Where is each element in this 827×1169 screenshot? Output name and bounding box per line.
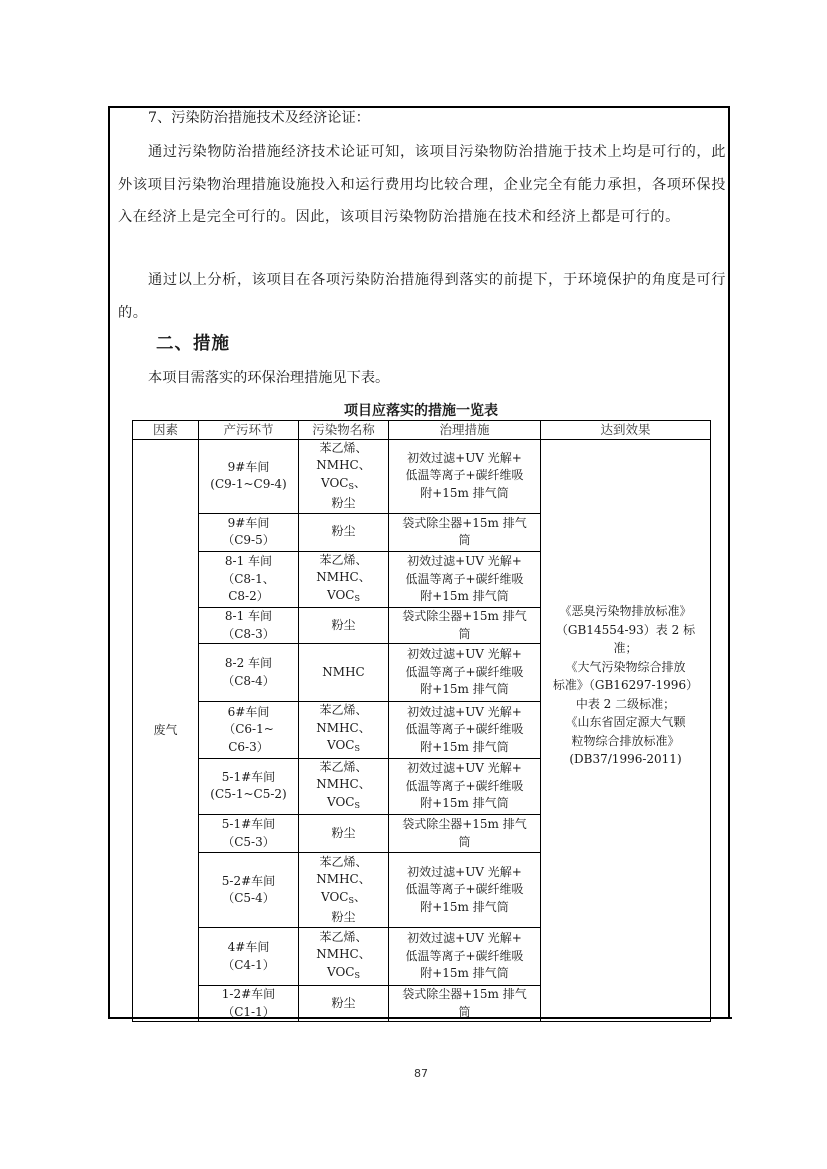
cell-line: NMHC、 xyxy=(301,776,386,794)
page-number: 87 xyxy=(414,1067,428,1080)
section-7-heading: 7、污染防治措施技术及经济论证： xyxy=(148,104,370,132)
cell-line: NMHC xyxy=(301,664,386,682)
cell-line: 低温等离子+碳纤维吸 xyxy=(391,721,538,739)
cell-line: 1-2#车间 xyxy=(201,986,296,1004)
cell-line: 附+15m 排气筒 xyxy=(391,485,538,503)
measure-cell: 初效过滤+UV 光解+低温等离子+碳纤维吸附+15m 排气筒 xyxy=(389,439,541,513)
cell-line: 附+15m 排气筒 xyxy=(391,965,538,983)
pollutant-cell: 粉尘 xyxy=(299,815,389,853)
source-cell: 8-1 车间（C8-3） xyxy=(199,608,299,644)
cell-line: 粉尘 xyxy=(301,909,386,927)
section-2-intro: 本项目需落实的环保治理措施见下表。 xyxy=(148,367,389,387)
pollutant-cell: 苯乙烯、NMHC、VOCS xyxy=(299,928,389,986)
cell-line: 苯乙烯、 xyxy=(301,702,386,720)
cell-line: 附+15m 排气筒 xyxy=(391,795,538,813)
cell-line: 低温等离子+碳纤维吸 xyxy=(391,881,538,899)
cell-line: 袋式除尘器+15m 排气 xyxy=(391,515,538,533)
measures-table: 因素 产污环节 污染物名称 治理措施 达到效果 废气9#车间(C9-1~C9-4… xyxy=(132,420,711,1022)
measure-cell: 初效过滤+UV 光解+低温等离子+碳纤维吸附+15m 排气筒 xyxy=(389,928,541,986)
cell-line: 《大气污染物综合排放 xyxy=(543,658,708,677)
cell-line: 初效过滤+UV 光解+ xyxy=(391,930,538,948)
cell-line: 附+15m 排气筒 xyxy=(391,739,538,757)
cell-line: NMHC、 xyxy=(301,946,386,964)
cell-line: 筒 xyxy=(391,834,538,852)
pollutant-cell: 苯乙烯、NMHC、VOCS、粉尘 xyxy=(299,853,389,928)
cell-line: 初效过滤+UV 光解+ xyxy=(391,450,538,468)
cell-line: 苯乙烯、 xyxy=(301,929,386,947)
pollutant-cell: 粉尘 xyxy=(299,513,389,551)
cell-line: 标准》（GB16297-1996） xyxy=(543,676,708,695)
cell-line: 准； xyxy=(543,639,708,658)
measure-cell: 袋式除尘器+15m 排气筒 xyxy=(389,815,541,853)
cell-line: 苯乙烯、 xyxy=(301,759,386,777)
cell-line: VOCS xyxy=(301,794,386,815)
cell-line: 初效过滤+UV 光解+ xyxy=(391,553,538,571)
pollutant-cell: 苯乙烯、NMHC、VOCS xyxy=(299,758,389,815)
cell-line: 苯乙烯、 xyxy=(301,440,386,458)
cell-line: 初效过滤+UV 光解+ xyxy=(391,646,538,664)
cell-line: VOCS xyxy=(301,737,386,758)
cell-line: （C6-1~ xyxy=(201,721,296,739)
cell-line: VOCS、 xyxy=(301,475,386,496)
cell-line: C8-2） xyxy=(201,588,296,606)
cell-line: (C5-1~C5-2) xyxy=(201,786,296,804)
factor-cell: 废气 xyxy=(133,439,199,1022)
cell-line: 粉尘 xyxy=(301,495,386,513)
cell-line: 粒物综合排放标准》 xyxy=(543,732,708,751)
section-7-paragraph-1: 通过污染物防治措施经济技术论证可知，该项目污染物防治措施于技术上均是可行的，此外… xyxy=(118,136,726,234)
source-cell: 6#车间（C6-1~C6-3） xyxy=(199,702,299,759)
cell-line: 初效过滤+UV 光解+ xyxy=(391,864,538,882)
measure-cell: 初效过滤+UV 光解+低温等离子+碳纤维吸附+15m 排气筒 xyxy=(389,644,541,702)
cell-line: 6#车间 xyxy=(201,704,296,722)
header-measure: 治理措施 xyxy=(389,421,541,440)
section-7-paragraph-2: 通过以上分析，该项目在各项污染防治措施得到落实的前提下，于环境保护的角度是可行的… xyxy=(118,264,726,329)
measure-cell: 初效过滤+UV 光解+低温等离子+碳纤维吸附+15m 排气筒 xyxy=(389,853,541,928)
measure-cell: 初效过滤+UV 光解+低温等离子+碳纤维吸附+15m 排气筒 xyxy=(389,551,541,608)
cell-line: 中表 2 二级标准； xyxy=(543,695,708,714)
cell-line: （C9-5） xyxy=(201,532,296,550)
source-cell: 5-1#车间（C5-3） xyxy=(199,815,299,853)
cell-line: 初效过滤+UV 光解+ xyxy=(391,704,538,722)
cell-line: NMHC、 xyxy=(301,871,386,889)
cell-line: 8-1 车间 xyxy=(201,608,296,626)
header-pollutant: 污染物名称 xyxy=(299,421,389,440)
cell-line: 低温等离子+碳纤维吸 xyxy=(391,664,538,682)
cell-line: (C9-1~C9-4) xyxy=(201,476,296,494)
table-row: 废气9#车间(C9-1~C9-4)苯乙烯、NMHC、VOCS、粉尘初效过滤+UV… xyxy=(133,439,711,513)
cell-line: 低温等离子+碳纤维吸 xyxy=(391,467,538,485)
cell-line: 粉尘 xyxy=(301,617,386,635)
cell-line: (DB37/1996-2011) xyxy=(543,750,708,769)
header-source: 产污环节 xyxy=(199,421,299,440)
cell-line: （C5-3） xyxy=(201,834,296,852)
cell-line: 袋式除尘器+15m 排气 xyxy=(391,986,538,1004)
source-cell: 5-1#车间(C5-1~C5-2) xyxy=(199,758,299,815)
cell-line: 低温等离子+碳纤维吸 xyxy=(391,948,538,966)
cell-line: 筒 xyxy=(391,1004,538,1022)
source-cell: 9#车间（C9-5） xyxy=(199,513,299,551)
cell-line: 低温等离子+碳纤维吸 xyxy=(391,571,538,589)
cell-line: （C4-1） xyxy=(201,957,296,975)
cell-line: 粉尘 xyxy=(301,825,386,843)
cell-line: 袋式除尘器+15m 排气 xyxy=(391,608,538,626)
source-cell: 8-1 车间（C8-1、C8-2） xyxy=(199,551,299,608)
cell-line: VOCS xyxy=(301,587,386,608)
cell-line: 《山东省固定源大气颗 xyxy=(543,713,708,732)
cell-line: （C8-1、 xyxy=(201,571,296,589)
source-cell: 1-2#车间（C1-1） xyxy=(199,986,299,1022)
cell-line: 附+15m 排气筒 xyxy=(391,681,538,699)
cell-line: 筒 xyxy=(391,626,538,644)
cell-line: 5-2#车间 xyxy=(201,873,296,891)
effect-cell: 《恶臭污染物排放标准》（GB14554-93）表 2 标准；《大气污染物综合排放… xyxy=(541,439,711,1022)
source-cell: 8-2 车间（C8-4） xyxy=(199,644,299,702)
cell-line: VOCS、 xyxy=(301,889,386,910)
cell-line: 袋式除尘器+15m 排气 xyxy=(391,816,538,834)
cell-line: 5-1#车间 xyxy=(201,816,296,834)
cell-line: 8-1 车间 xyxy=(201,553,296,571)
source-cell: 9#车间(C9-1~C9-4) xyxy=(199,439,299,513)
source-cell: 4#车间（C4-1） xyxy=(199,928,299,986)
cell-line: VOCS xyxy=(301,964,386,985)
measure-cell: 袋式除尘器+15m 排气筒 xyxy=(389,608,541,644)
cell-line: 初效过滤+UV 光解+ xyxy=(391,760,538,778)
measure-cell: 初效过滤+UV 光解+低温等离子+碳纤维吸附+15m 排气筒 xyxy=(389,758,541,815)
cell-line: （C8-3） xyxy=(201,626,296,644)
cell-line: 8-2 车间 xyxy=(201,655,296,673)
cell-line: C6-3） xyxy=(201,739,296,757)
cell-line: NMHC、 xyxy=(301,569,386,587)
cell-line: 苯乙烯、 xyxy=(301,854,386,872)
header-factor: 因素 xyxy=(133,421,199,440)
measure-cell: 袋式除尘器+15m 排气筒 xyxy=(389,513,541,551)
pollutant-cell: 苯乙烯、NMHC、VOCS xyxy=(299,551,389,608)
table-caption: 项目应落实的措施一览表 xyxy=(132,400,710,420)
cell-line: （C8-4） xyxy=(201,673,296,691)
cell-line: 9#车间 xyxy=(201,459,296,477)
pollutant-cell: 苯乙烯、NMHC、VOCS xyxy=(299,702,389,759)
cell-line: 苯乙烯、 xyxy=(301,552,386,570)
cell-line: （C5-4） xyxy=(201,890,296,908)
pollutant-cell: 粉尘 xyxy=(299,608,389,644)
source-cell: 5-2#车间（C5-4） xyxy=(199,853,299,928)
cell-line: 4#车间 xyxy=(201,939,296,957)
cell-line: NMHC、 xyxy=(301,457,386,475)
pollutant-cell: 苯乙烯、NMHC、VOCS、粉尘 xyxy=(299,439,389,513)
cell-line: （GB14554-93）表 2 标 xyxy=(543,621,708,640)
cell-line: 5-1#车间 xyxy=(201,769,296,787)
cell-line: 筒 xyxy=(391,532,538,550)
cell-line: NMHC、 xyxy=(301,720,386,738)
table-header-row: 因素 产污环节 污染物名称 治理措施 达到效果 xyxy=(133,421,711,440)
cell-line: （C1-1） xyxy=(201,1004,296,1022)
cell-line: 粉尘 xyxy=(301,523,386,541)
pollutant-cell: NMHC xyxy=(299,644,389,702)
measure-cell: 初效过滤+UV 光解+低温等离子+碳纤维吸附+15m 排气筒 xyxy=(389,702,541,759)
cell-line: 粉尘 xyxy=(301,995,386,1013)
measure-cell: 袋式除尘器+15m 排气筒 xyxy=(389,986,541,1022)
header-effect: 达到效果 xyxy=(541,421,711,440)
cell-line: 9#车间 xyxy=(201,515,296,533)
cell-line: 附+15m 排气筒 xyxy=(391,899,538,917)
section-2-heading: 二、措施 xyxy=(156,330,230,355)
cell-line: 《恶臭污染物排放标准》 xyxy=(543,602,708,621)
cell-line: 附+15m 排气筒 xyxy=(391,588,538,606)
pollutant-cell: 粉尘 xyxy=(299,986,389,1022)
cell-line: 低温等离子+碳纤维吸 xyxy=(391,778,538,796)
